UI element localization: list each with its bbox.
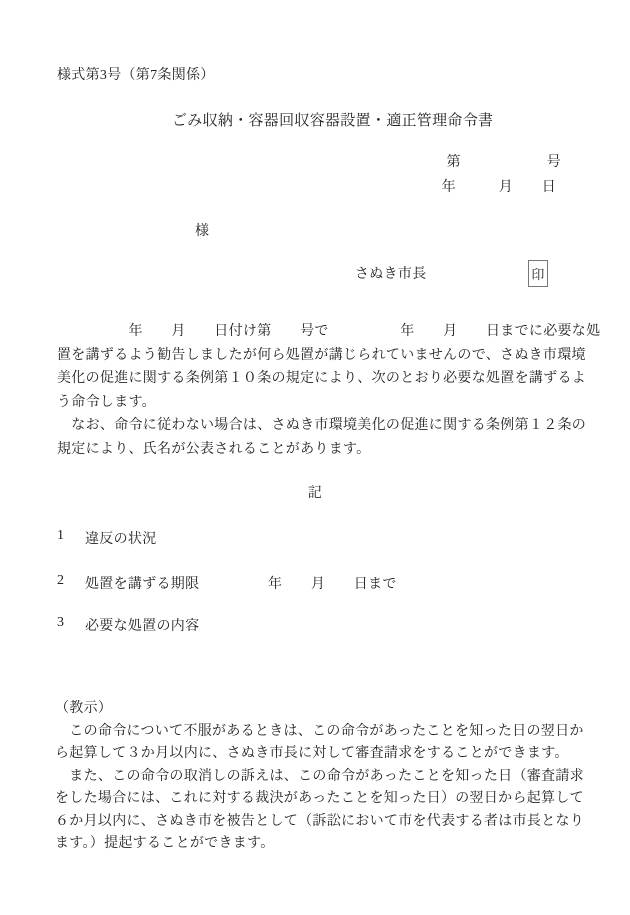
seal-character: 印	[531, 264, 544, 283]
issuer-name: さぬき市長	[355, 263, 427, 283]
main-body-paragraph: 年 月 日付け第 号で 年 月 日までに必要な処 置を講ずるよう勧告しましたが何…	[57, 320, 580, 461]
body-line: なお、命令に従わない場合は、さぬき市環境美化の促進に関する条例第１２条の	[57, 414, 580, 438]
item-number: 3	[57, 615, 64, 631]
body-line: 美化の促進に関する条例第１０条の規定により、次のとおり必要な処置を講ずるよ	[57, 367, 580, 391]
body-line: う命令します。	[57, 391, 580, 415]
notice-line: この命令について不服があるときは、この命令があったことを知った日の翌日か	[55, 721, 580, 744]
item-number: 2	[57, 573, 64, 589]
body-line: 年 月 日付け第 号で 年 月 日までに必要な処	[57, 320, 580, 344]
notice-line: をした場合には、これに対する裁決があったことを知った日）の翌日から起算して	[55, 788, 580, 811]
item-date-blank: 年 月 日まで	[268, 573, 397, 593]
document-date-line: 年 月 日	[0, 176, 556, 196]
appeal-instructions-section: （教示） この命令について不服があるときは、この命令があったことを知った日の翌日…	[55, 698, 580, 856]
list-item-required-measures: 3 必要な処置の内容	[0, 615, 630, 635]
body-line: 置を講ずるよう勧告しましたが何ら処置が講じられていませんので、さぬき市環境	[57, 344, 580, 368]
recipient-honorific: 様	[195, 220, 209, 240]
list-item-deadline: 2 処置を講ずる期限 年 月 日まで	[0, 573, 630, 593]
notice-line: ６か月以内に、さぬき市を被告として（訴訟において市を代表する者は市長となり	[55, 811, 580, 834]
notice-heading: （教示）	[55, 698, 580, 721]
body-line: 規定により、氏名が公表されることがあります。	[57, 438, 580, 462]
notice-line: ます。）提起することができます。	[55, 833, 580, 856]
list-item-violation-status: 1 違反の状況	[0, 528, 630, 548]
notice-line: また、この命令の取消しの訴えは、この命令があったことを知った日（審査請求	[55, 766, 580, 789]
order-document-page: 様式第3号（第7条関係） ごみ収納・容器回収容器設置・適正管理命令書 第 号 年…	[0, 0, 630, 915]
ki-section-heading: 記	[0, 482, 630, 502]
form-number-label: 様式第3号（第7条関係）	[57, 64, 215, 84]
notice-line: ら起算して３か月以内に、さぬき市長に対して審査請求をすることができます。	[55, 743, 580, 766]
seal-placeholder-box: 印	[528, 260, 548, 287]
item-label: 違反の状況	[85, 528, 157, 548]
item-number: 1	[57, 528, 64, 544]
document-number-line: 第 号	[0, 151, 561, 171]
item-label: 処置を講ずる期限	[85, 573, 199, 593]
item-label: 必要な処置の内容	[85, 615, 199, 635]
document-title: ごみ収納・容器回収容器設置・適正管理命令書	[172, 109, 493, 130]
